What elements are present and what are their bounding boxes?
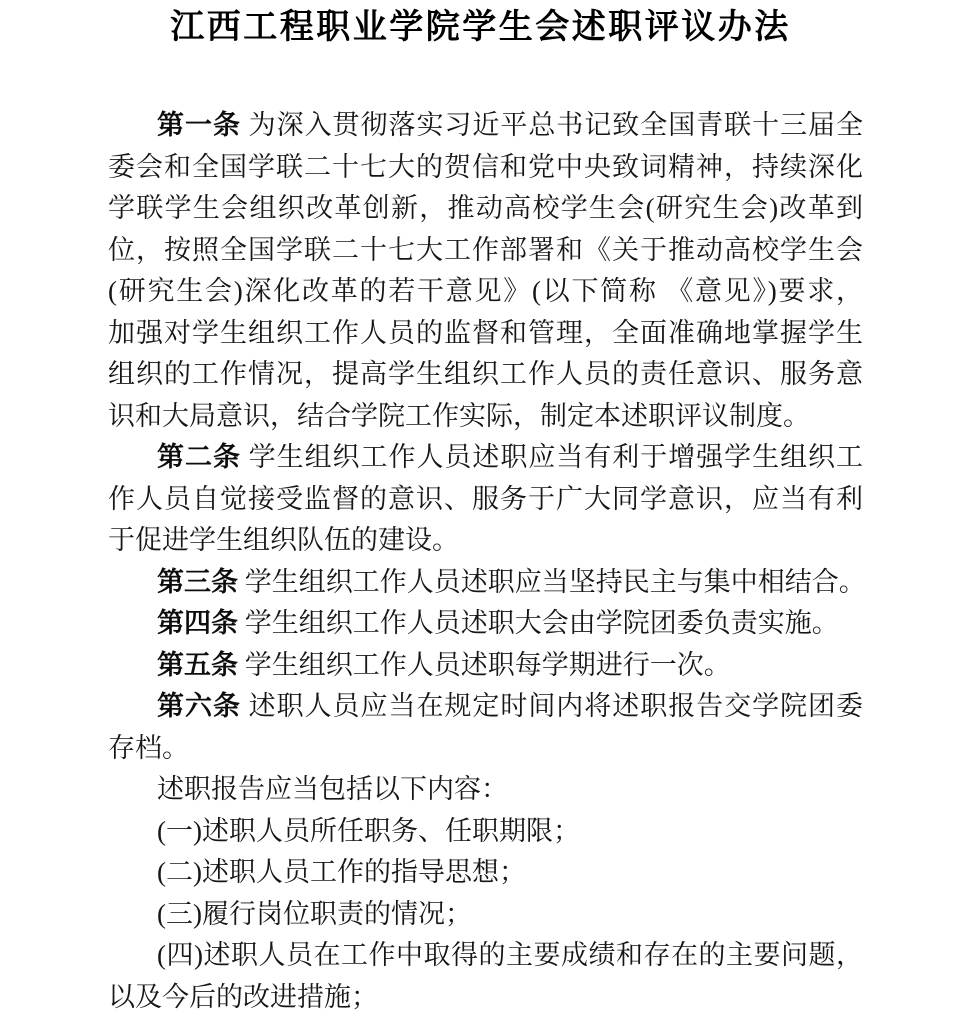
document-line: (三)履行岗位职责的情况； [108, 894, 863, 936]
document-line: 第四条 学生组织工作人员述职大会由学院团委负责实施。 [108, 603, 863, 645]
document-line: 加强对学生组织工作人员的监督和管理，全面准确地掌握学生 [108, 313, 863, 355]
document-title: 江西工程职业学院学生会述职评议办法 [0, 2, 961, 54]
document-line: 第三条 学生组织工作人员述职应当坚持民主与集中相结合。 [108, 562, 863, 604]
document-line: (四)述职人员在工作中取得的主要成绩和存在的主要问题， [108, 935, 863, 977]
document-line: 第一条 为深入贯彻落实习近平总书记致全国青联十三届全 [108, 105, 863, 147]
document-line: 以及今后的改进措施； [108, 977, 863, 1019]
article-label: 第一条 [157, 110, 241, 140]
document-line: 第五条 学生组织工作人员述职每学期进行一次。 [108, 645, 863, 687]
article-label: 第三条 [157, 567, 238, 597]
document-line: 作人员自觉接受监督的意识、服务于广大同学意识，应当有利 [108, 479, 863, 521]
document-line: 组织的工作情况，提高学生组织工作人员的责任意识、服务意 [108, 354, 863, 396]
document-line: 述职报告应当包括以下内容： [108, 769, 863, 811]
document-line: 识和大局意识，结合学院工作实际，制定本述职评议制度。 [108, 396, 863, 438]
document-line: 位，按照全国学联二十七大工作部署和《关于推动高校学生会 [108, 230, 863, 272]
document-line: (研究生会)深化改革的若干意见》(以下简称 《意见》)要求， [108, 271, 863, 313]
article-label: 第五条 [157, 650, 238, 680]
document-line: 存档。 [108, 728, 863, 770]
document-line: 第六条 述职人员应当在规定时间内将述职报告交学院团委 [108, 686, 863, 728]
document-line: 第二条 学生组织工作人员述职应当有利于增强学生组织工 [108, 437, 863, 479]
article-label: 第四条 [157, 608, 238, 638]
article-label: 第二条 [157, 442, 241, 472]
document-line: 委会和全国学联二十七大的贺信和党中央致词精神，持续深化 [108, 147, 863, 189]
document-line: (二)述职人员工作的指导思想； [108, 852, 863, 894]
document-page: 江西工程职业学院学生会述职评议办法 第一条 为深入贯彻落实习近平总书记致全国青联… [0, 0, 961, 1024]
document-line: 学联学生会组织改革创新，推动高校学生会(研究生会)改革到 [108, 188, 863, 230]
document-line: 于促进学生组织队伍的建设。 [108, 520, 863, 562]
article-label: 第六条 [157, 691, 241, 721]
document-line: (一)述职人员所任职务、任职期限； [108, 811, 863, 853]
document-body: 第一条 为深入贯彻落实习近平总书记致全国青联十三届全委会和全国学联二十七大的贺信… [108, 105, 863, 1018]
